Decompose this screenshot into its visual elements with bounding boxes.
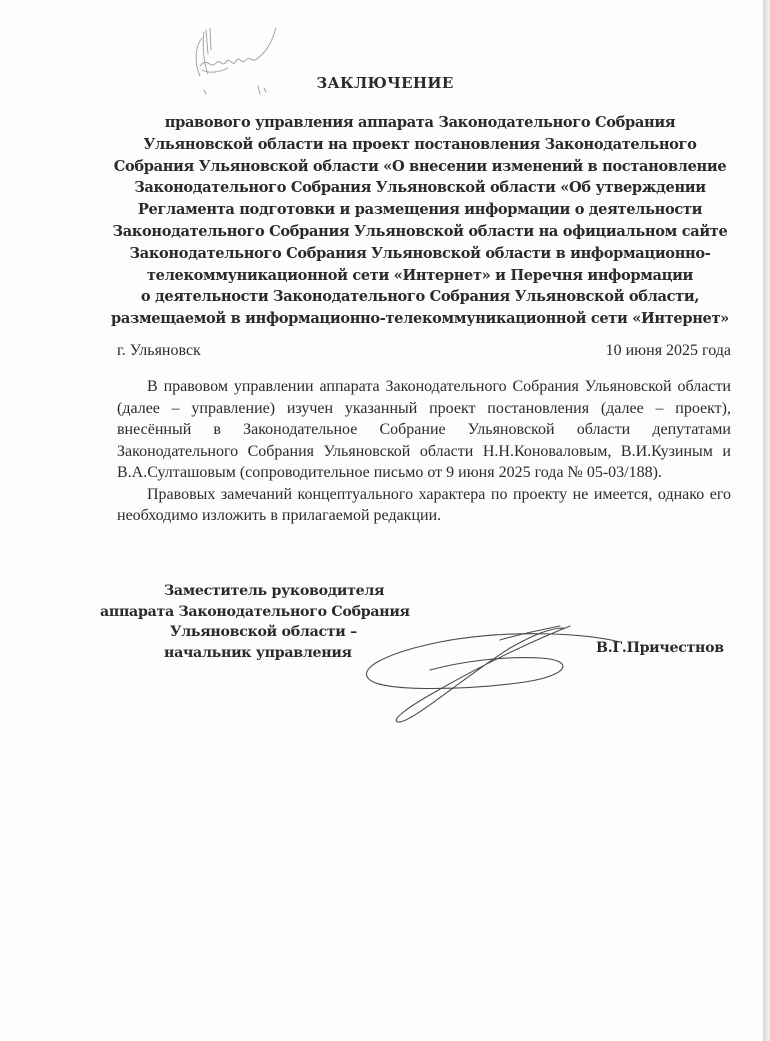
position-line: аппарата Законодательного Собрания [100, 602, 440, 623]
document-page: ЗАКЛЮЧЕНИЕ правового управления аппарата… [0, 0, 763, 1041]
subject-line: правового управления аппарата Законодате… [100, 112, 740, 134]
document-body: В правовом управлении аппарата Законодат… [117, 376, 731, 527]
subject-line: телекоммуникационной сети «Интернет» и П… [100, 265, 740, 287]
body-paragraph: В правовом управлении аппарата Законодат… [117, 376, 731, 484]
signatory-name: В.Г.Причестнов [596, 640, 724, 656]
subject-line: Регламента подготовки и размещения инфор… [100, 199, 740, 221]
page-edge [763, 0, 770, 1041]
body-paragraph: Правовых замечаний концептуального харак… [117, 484, 731, 527]
subject-line: Законодательного Собрания Ульяновской об… [100, 243, 740, 265]
subject-line: Законодательного Собрания Ульяновской об… [100, 177, 740, 199]
place-date-row: г. Ульяновск 10 июня 2025 года [117, 342, 731, 360]
position-line: Заместитель руководителя [100, 581, 440, 602]
subject-line: Ульяновской области на проект постановле… [100, 134, 740, 156]
document-date: 10 июня 2025 года [606, 342, 731, 360]
handwritten-signature-icon [350, 620, 630, 730]
subject-line: о деятельности Законодательного Собрания… [100, 286, 740, 308]
subject-line: размещаемой в информационно-телекоммуник… [100, 308, 740, 330]
document-title: ЗАКЛЮЧЕНИЕ [0, 74, 770, 92]
subject-line: Собрания Ульяновской области «О внесении… [100, 156, 740, 178]
document-subject: правового управления аппарата Законодате… [100, 112, 740, 330]
document-place: г. Ульяновск [117, 342, 201, 360]
subject-line: Законодательного Собрания Ульяновской об… [100, 221, 740, 243]
